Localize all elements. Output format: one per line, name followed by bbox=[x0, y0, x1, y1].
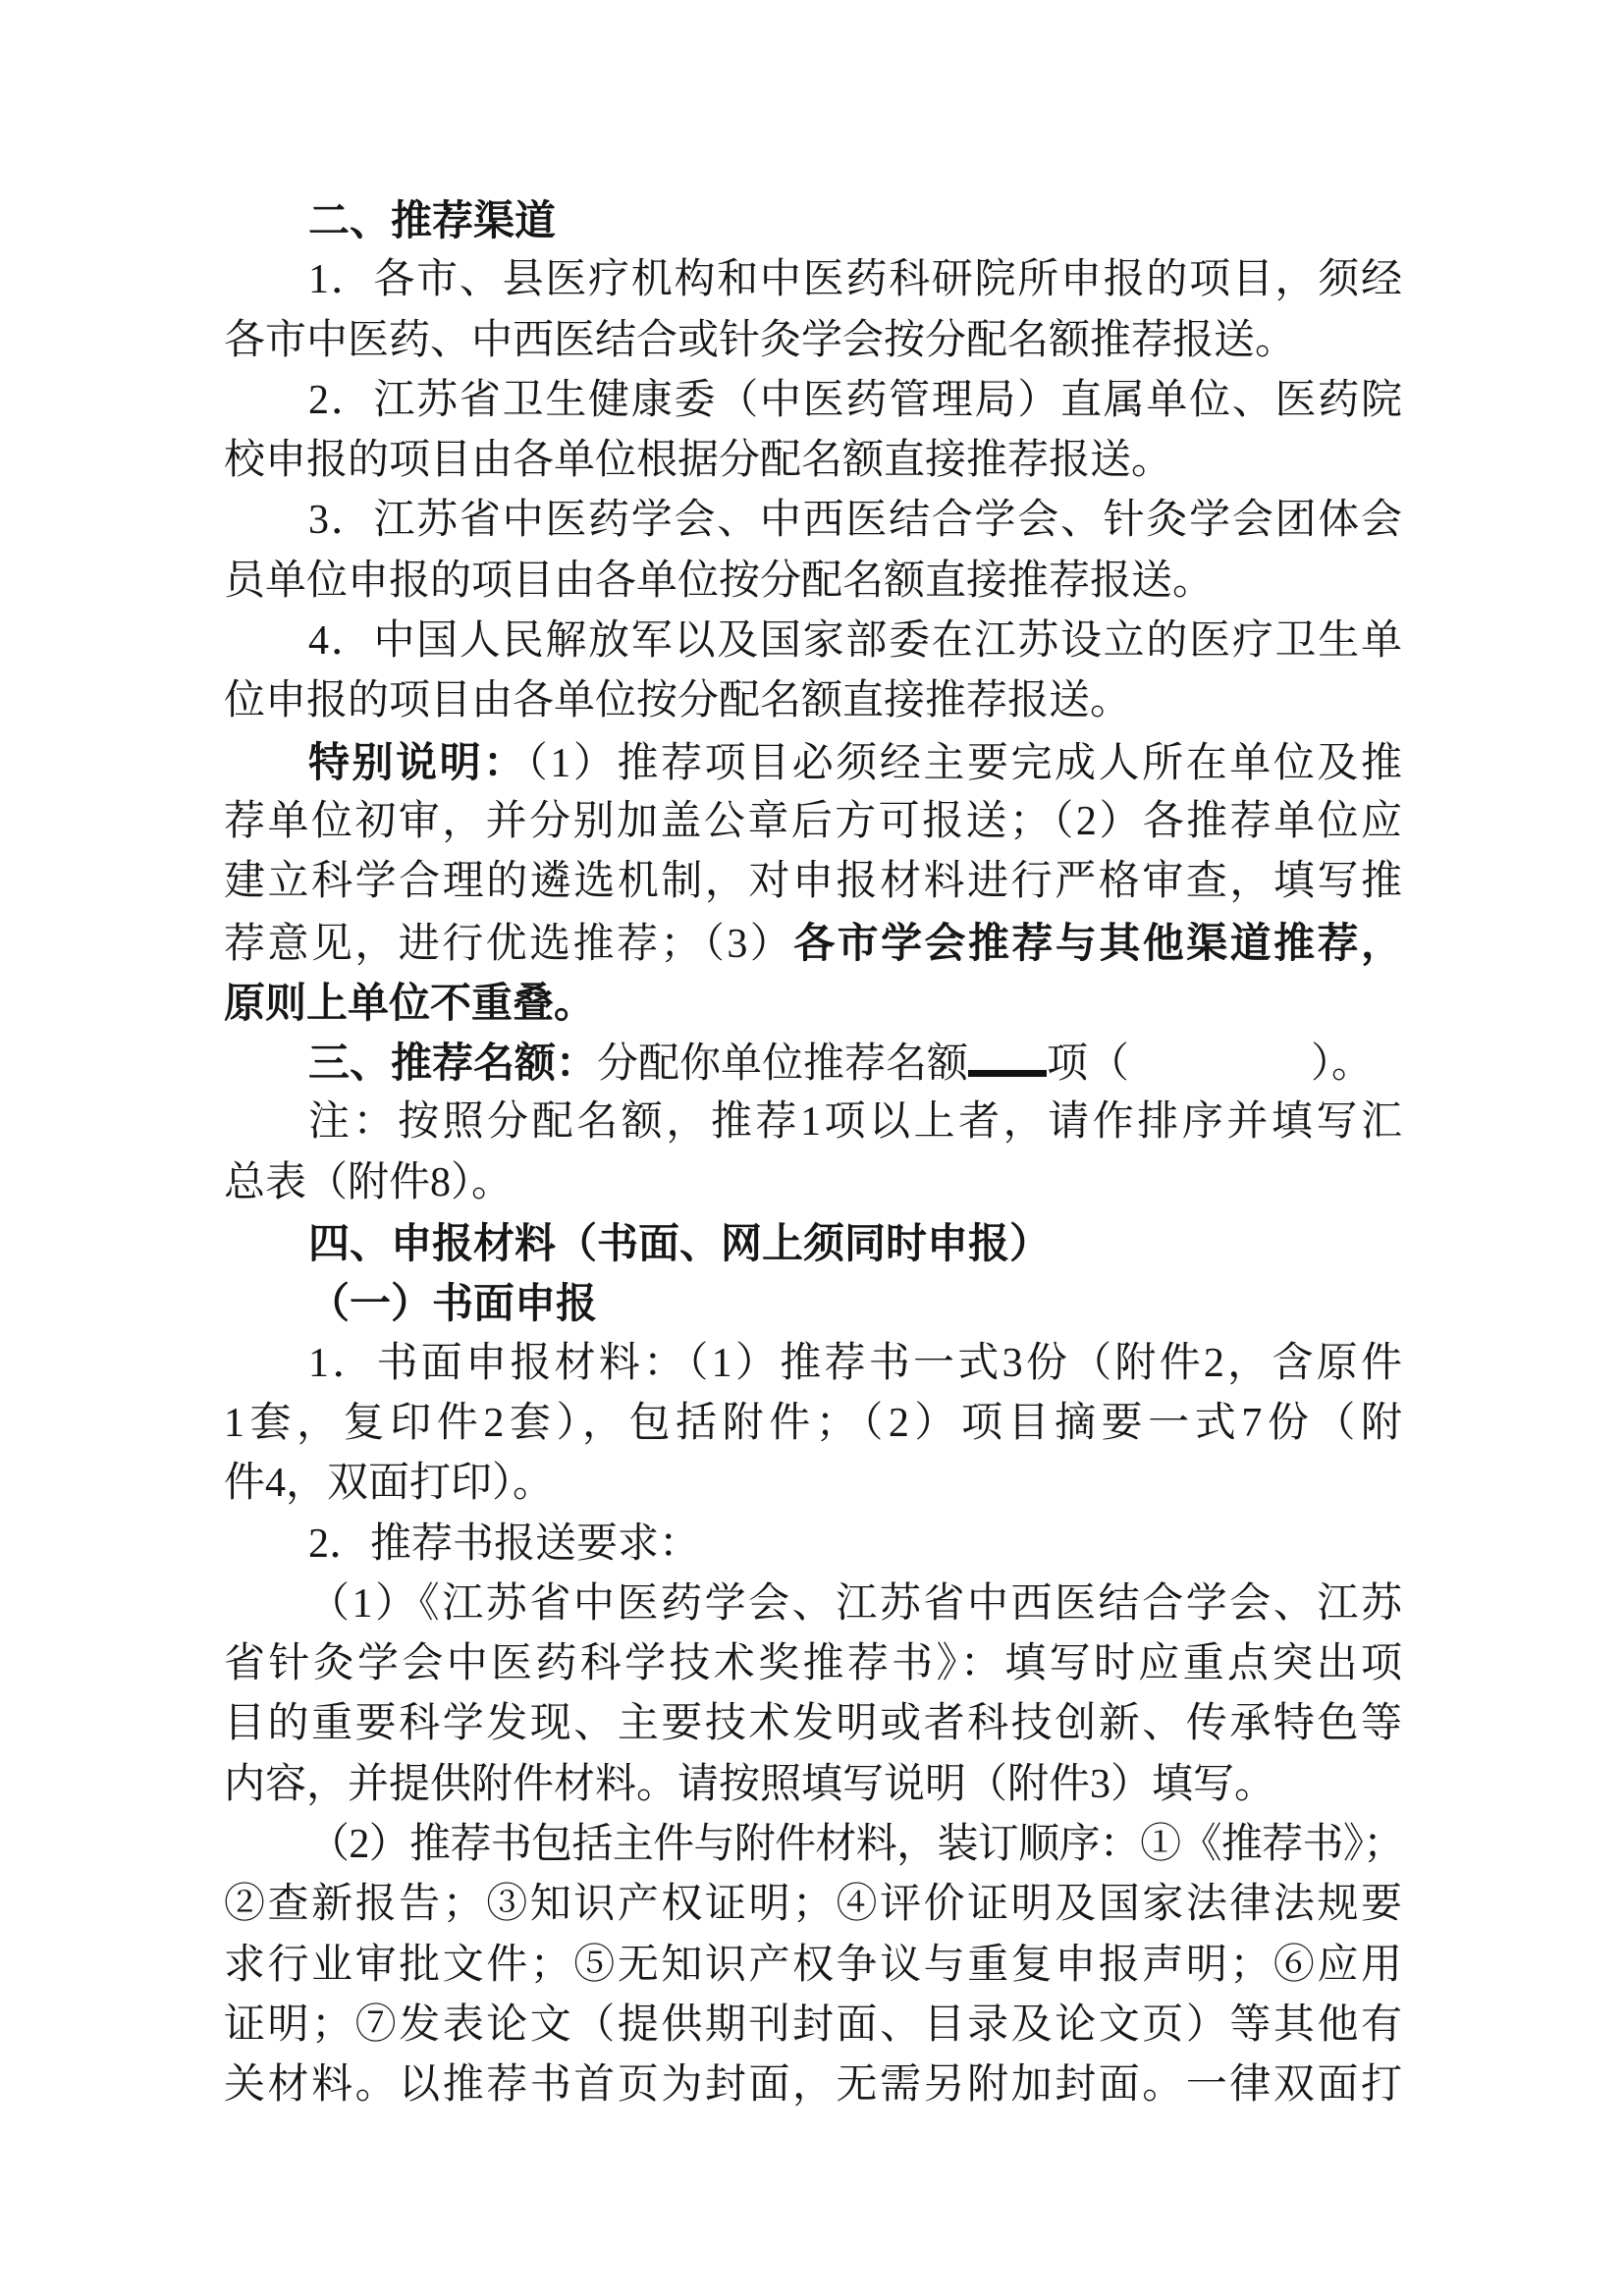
bold-text-segment: 原则上单位不重叠。 bbox=[224, 980, 595, 1026]
text-segment: 关材料。以推荐书首页为封面，无需另附加封面。一律双面打 bbox=[224, 2062, 1402, 2108]
text-line: ②查新报告；③知识产权证明；④评价证明及国家法律法规要 bbox=[224, 1875, 1402, 1935]
fill-in-blank-underline bbox=[968, 1070, 1047, 1077]
text-segment: 求行业审批文件；⑤无知识产权争议与重复申报声明；⑥应用 bbox=[224, 1943, 1402, 1988]
text-line: （一）书面申报 bbox=[224, 1273, 1402, 1333]
text-line: 1．各市、县医疗机构和中医药科研院所申报的项目，须经 bbox=[224, 250, 1402, 310]
bold-text-segment: 四、申报材料（书面、网上须同时申报） bbox=[308, 1220, 1051, 1266]
bold-text-segment: 特别说明： bbox=[308, 739, 527, 785]
text-segment: 校申报的项目由各单位根据分配名额直接推荐报送。 bbox=[224, 438, 1172, 483]
text-line: 4．中国人民解放军以及国家部委在江苏设立的医疗卫生单 bbox=[224, 612, 1402, 671]
text-line: 2．江苏省卫生健康委（中医药管理局）直属单位、医药院 bbox=[224, 371, 1402, 431]
text-line: 员单位申报的项目由各单位按分配名额直接推荐报送。 bbox=[224, 552, 1402, 612]
text-line: 各市中医药、中西医结合或针灸学会按分配名额推荐报送。 bbox=[224, 311, 1402, 371]
text-segment: 位申报的项目由各单位按分配名额直接推荐报送。 bbox=[224, 678, 1131, 723]
text-line: （2）推荐书包括主件与附件材料，装订顺序：①《推荐书》； bbox=[224, 1815, 1402, 1875]
text-segment: 目的重要科学发现、主要技术发明或者科技创新、传承特色等 bbox=[224, 1701, 1402, 1746]
text-segment: ）。 bbox=[1311, 1041, 1373, 1087]
text-line: 二、推荐渠道 bbox=[224, 190, 1402, 250]
text-segment: 3．江苏省中医药学会、中西医结合学会、针灸学会团体会 bbox=[308, 498, 1402, 543]
text-line: 注：按照分配名额，推荐1项以上者，请作排序并填写汇 bbox=[224, 1093, 1402, 1152]
page: 二、推荐渠道1．各市、县医疗机构和中医药科研院所申报的项目，须经各市中医药、中西… bbox=[0, 0, 1624, 2296]
text-segment: （1）《江苏省中医药学会、江苏省中西医结合学会、江苏 bbox=[308, 1581, 1402, 1627]
text-line: 三、推荐名额：分配你单位推荐名额项（）。 bbox=[224, 1033, 1402, 1093]
text-segment: 1．书面申报材料：（1）推荐书一式3份（附件2，含原件 bbox=[308, 1341, 1402, 1386]
text-segment: 1套，复印件2套），包括附件；（2）项目摘要一式7份（附 bbox=[224, 1401, 1402, 1446]
text-line: 省针灸学会中医药科学技术奖推荐书》：填写时应重点突出项 bbox=[224, 1634, 1402, 1694]
text-line: 件4，双面打印）。 bbox=[224, 1454, 1402, 1514]
text-line: 原则上单位不重叠。 bbox=[224, 973, 1402, 1033]
text-segment: 内容，并提供附件材料。请按照填写说明（附件3）填写。 bbox=[224, 1762, 1275, 1807]
text-segment: 总表（附件8）。 bbox=[224, 1160, 513, 1205]
text-segment: 分配你单位推荐名额 bbox=[597, 1041, 968, 1087]
text-segment: 荐单位初审，并分别加盖公章后方可报送；（2）各推荐单位应 bbox=[224, 799, 1402, 844]
text-segment: ②查新报告；③知识产权证明；④评价证明及国家法律法规要 bbox=[224, 1882, 1402, 1927]
text-segment: （1）推荐项目必须经主要完成人所在单位及推 bbox=[527, 741, 1402, 786]
text-segment: 员单位申报的项目由各单位按分配名额直接推荐报送。 bbox=[224, 559, 1214, 604]
text-segment: 注：按照分配名额，推荐1项以上者，请作排序并填写汇 bbox=[308, 1099, 1402, 1145]
bold-text-segment: 三、推荐名额： bbox=[308, 1040, 597, 1086]
text-segment: 证明；⑦发表论文（提供期刊封面、目录及论文页）等其他有 bbox=[224, 2002, 1402, 2048]
text-segment: 4．中国人民解放军以及国家部委在江苏设立的医疗卫生单 bbox=[308, 618, 1402, 664]
text-line: 3．江苏省中医药学会、中西医结合学会、针灸学会团体会 bbox=[224, 491, 1402, 551]
text-line: 位申报的项目由各单位按分配名额直接推荐报送。 bbox=[224, 671, 1402, 731]
text-segment: 2．推荐书报送要求： bbox=[308, 1522, 700, 1567]
paren-blank-space bbox=[1129, 1076, 1311, 1077]
text-line: 1．书面申报材料：（1）推荐书一式3份（附件2，含原件 bbox=[224, 1334, 1402, 1394]
text-segment: 2．江苏省卫生健康委（中医药管理局）直属单位、医药院 bbox=[308, 378, 1402, 423]
text-line: 1套，复印件2套），包括附件；（2）项目摘要一式7份（附 bbox=[224, 1394, 1402, 1454]
text-segment: 项（ bbox=[1047, 1041, 1129, 1087]
text-segment: 1．各市、县医疗机构和中医药科研院所申报的项目，须经 bbox=[308, 257, 1402, 302]
text-line: 校申报的项目由各单位根据分配名额直接推荐报送。 bbox=[224, 431, 1402, 491]
document-text: 二、推荐渠道1．各市、县医疗机构和中医药科研院所申报的项目，须经各市中医药、中西… bbox=[224, 190, 1402, 2116]
text-line: 特别说明：（1）推荐项目必须经主要完成人所在单位及推 bbox=[224, 732, 1402, 792]
text-segment: 各市中医药、中西医结合或针灸学会按分配名额推荐报送。 bbox=[224, 318, 1296, 363]
text-line: 内容，并提供附件材料。请按照填写说明（附件3）填写。 bbox=[224, 1755, 1402, 1815]
bold-text-segment: 二、推荐渠道 bbox=[308, 197, 556, 243]
text-segment: 荐意见，进行优选推荐；（3） bbox=[224, 922, 793, 967]
text-line: 证明；⑦发表论文（提供期刊封面、目录及论文页）等其他有 bbox=[224, 1996, 1402, 2056]
text-line: （1）《江苏省中医药学会、江苏省中西医结合学会、江苏 bbox=[224, 1575, 1402, 1634]
text-segment: （2）推荐书包括主件与附件材料，装订顺序：①《推荐书》； bbox=[308, 1822, 1402, 1867]
text-segment: 省针灸学会中医药科学技术奖推荐书》：填写时应重点突出项 bbox=[224, 1641, 1402, 1686]
text-line: 荐意见，进行优选推荐；（3）各市学会推荐与其他渠道推荐， bbox=[224, 913, 1402, 973]
text-line: 荐单位初审，并分别加盖公章后方可报送；（2）各推荐单位应 bbox=[224, 792, 1402, 852]
text-line: 关材料。以推荐书首页为封面，无需另附加封面。一律双面打 bbox=[224, 2056, 1402, 2115]
bold-text-segment: 各市学会推荐与其他渠道推荐， bbox=[793, 920, 1402, 966]
text-line: 目的重要科学发现、主要技术发明或者科技创新、传承特色等 bbox=[224, 1694, 1402, 1754]
text-line: 2．推荐书报送要求： bbox=[224, 1515, 1402, 1575]
scanned-document-page: { "page": { "width": 1654, "height": 233… bbox=[0, 0, 1624, 2296]
text-line: 总表（附件8）。 bbox=[224, 1153, 1402, 1213]
text-line: 建立科学合理的遴选机制，对申报材料进行严格审查，填写推 bbox=[224, 852, 1402, 912]
bold-text-segment: （一）书面申报 bbox=[308, 1280, 597, 1326]
text-segment: 件4，双面打印）。 bbox=[224, 1461, 554, 1506]
text-line: 求行业审批文件；⑤无知识产权争议与重复申报声明；⑥应用 bbox=[224, 1936, 1402, 1996]
text-segment: 建立科学合理的遴选机制，对申报材料进行严格审查，填写推 bbox=[224, 859, 1402, 904]
text-line: 四、申报材料（书面、网上须同时申报） bbox=[224, 1213, 1402, 1273]
